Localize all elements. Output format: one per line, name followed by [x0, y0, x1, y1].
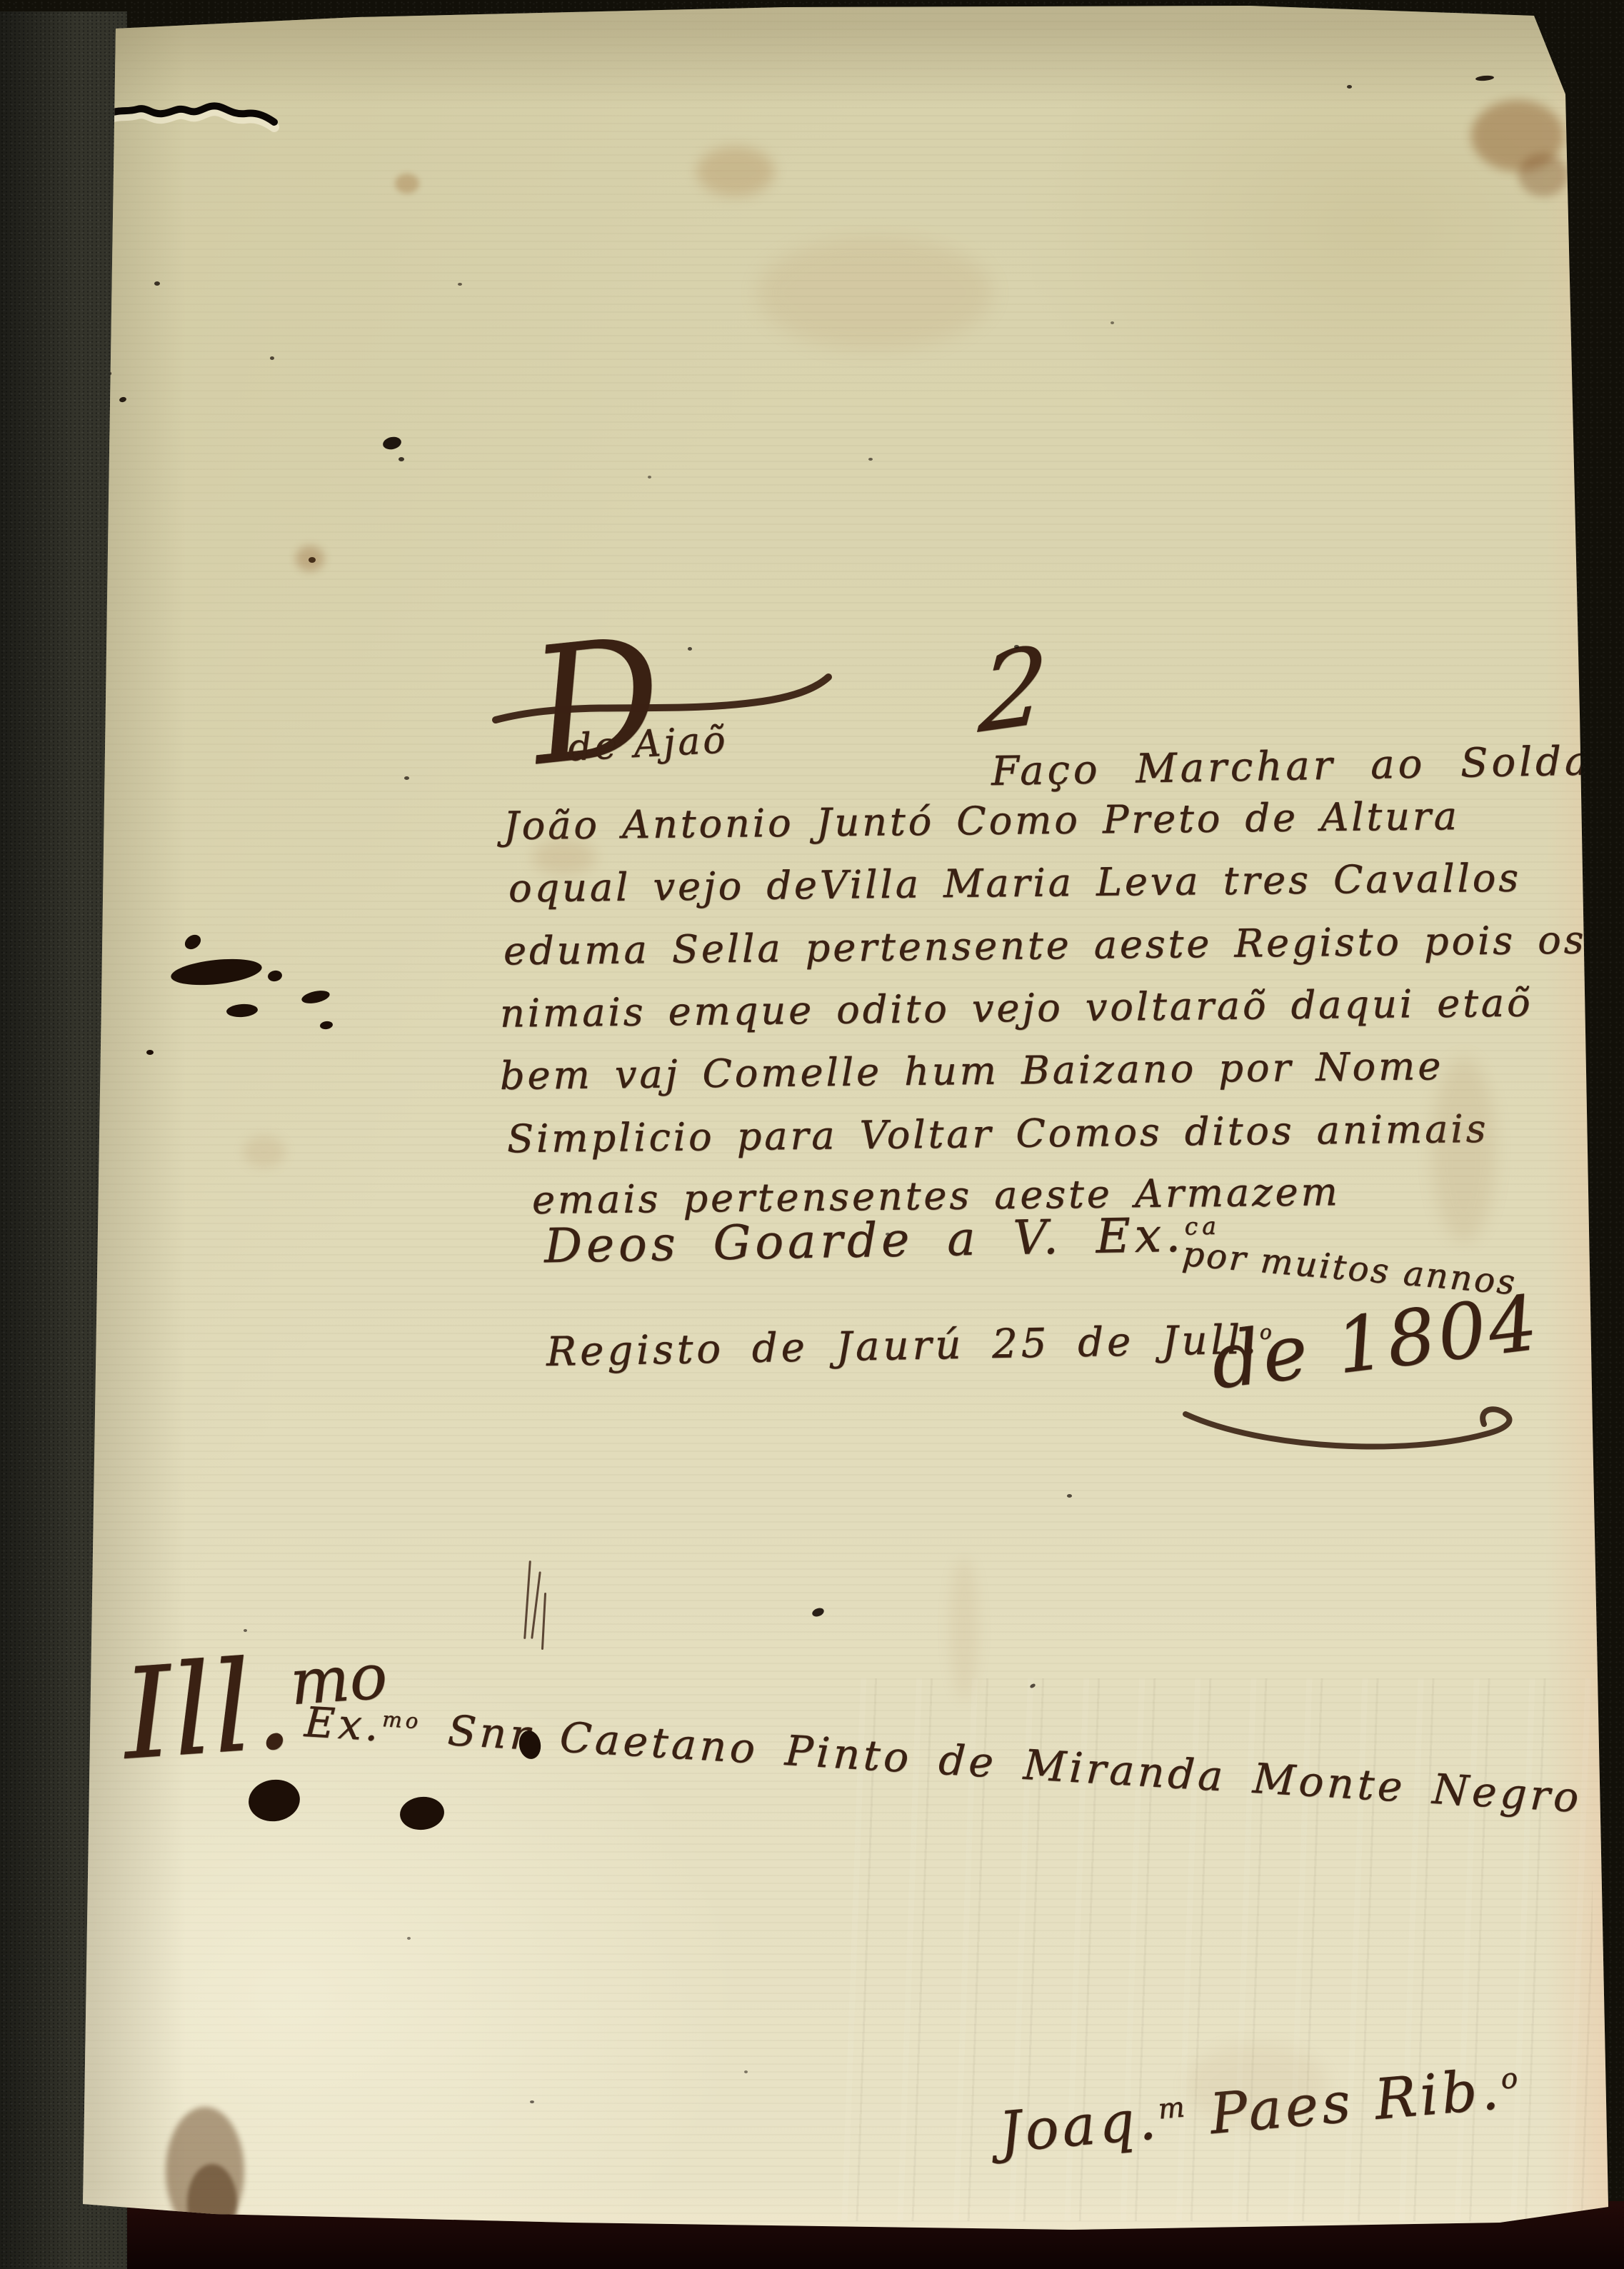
ink-speck [244, 1629, 247, 1632]
stray-ink-stroke [541, 1593, 546, 1650]
paper-stain [1432, 1057, 1496, 1243]
paper-stain [1186, 2043, 1328, 2128]
ink-speck [154, 281, 160, 286]
ink-speck [1347, 85, 1352, 89]
ink-blot [319, 1021, 333, 1030]
ink-blot [246, 1776, 302, 1824]
ink-blot [267, 969, 283, 982]
body-line: nimais emque odito vejo voltaraõ daqui e… [500, 980, 1533, 1036]
body-line: eduma Sella pertensente aeste Registo po… [503, 917, 1624, 974]
ink-blot [226, 1003, 258, 1018]
ink-blot [182, 932, 204, 953]
ink-speck [1067, 1494, 1072, 1498]
opening-line: Faço Marchar ao Soldado [991, 737, 1624, 795]
ink-speck [744, 2070, 748, 2073]
ink-blot [146, 1050, 154, 1055]
ink-speck [458, 283, 462, 286]
paper-stain [296, 546, 324, 571]
ink-speck [648, 476, 651, 479]
manuscript-page: D 2 de Ajaõ Faço Marchar ao Soldado João… [0, 0, 1624, 2269]
body-line: Simplicio para Voltar Comos ditos animai… [507, 1106, 1489, 1161]
ink-speck [399, 457, 404, 461]
ink-speck [1475, 75, 1495, 81]
paper-stain [395, 174, 419, 194]
paper-stain [696, 146, 775, 196]
ink-speck [530, 2100, 534, 2103]
photograph-background: D 2 de Ajaõ Faço Marchar ao Soldado João… [0, 0, 1624, 2269]
ink-blot [301, 988, 331, 1006]
paper-stain [532, 839, 596, 875]
paper-stain [757, 236, 993, 350]
ink-speck [1111, 321, 1114, 324]
ink-speck [404, 776, 409, 780]
ink-speck [119, 396, 126, 403]
valediction-line: Deos Goarde a V. Ex.ca [543, 1207, 1220, 1274]
ink-speck [886, 1233, 890, 1236]
ink-blot [170, 955, 264, 988]
ink-speck [270, 356, 274, 360]
paper-stain [243, 1136, 286, 1168]
department-label: de Ajaõ [567, 718, 729, 770]
year-underline-swash [1178, 1400, 1535, 1464]
ink-speck [461, 1728, 465, 1731]
ink-speck [1014, 645, 1019, 648]
ink-speck [811, 1606, 826, 1618]
body-line: João Antonio Juntó Como Preto de Altura [503, 793, 1460, 848]
stray-ink-stroke [523, 1561, 531, 1639]
stray-ink-stroke [531, 1571, 541, 1639]
body-line: oqual vejo deVilla Maria Leva tres Caval… [508, 856, 1522, 911]
ink-blot [399, 1795, 446, 1832]
ink-speck [868, 458, 873, 461]
ornamental-flourish: 2 [976, 623, 1051, 758]
ink-speck [382, 435, 403, 451]
dateline: Registo de Jaurú 25 de Jull.o [546, 1316, 1276, 1376]
body-line: bem vaj Comelle hum Baizano por Nome [500, 1043, 1444, 1098]
ink-speck [688, 647, 692, 651]
year-figure: de 1804 [1206, 1278, 1545, 1406]
ink-speck [407, 1937, 411, 1940]
paper-tear-crack [106, 82, 284, 139]
ornamental-initial: D [523, 602, 671, 801]
paper-stain [1518, 154, 1568, 196]
paper-stain [950, 1557, 978, 1700]
